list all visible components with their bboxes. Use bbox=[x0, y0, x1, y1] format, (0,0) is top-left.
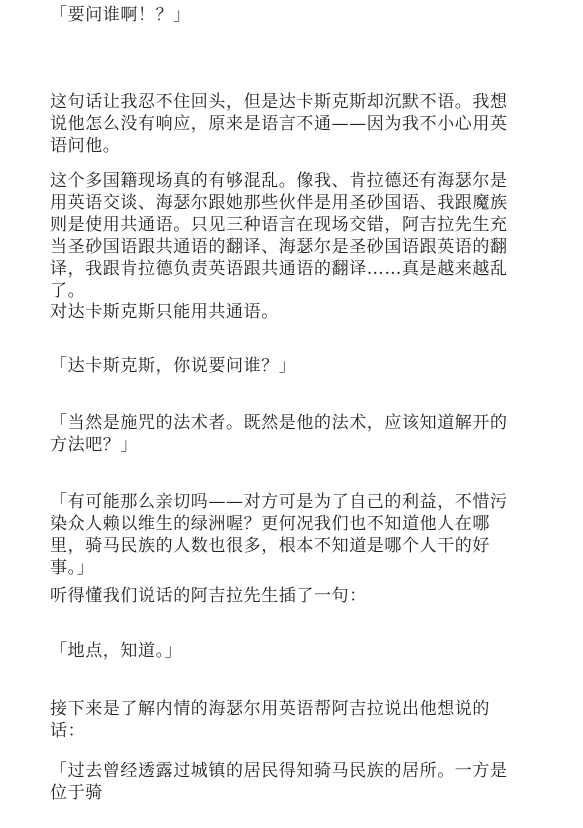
dialogue-paragraph: 「要问谁啊！？」 bbox=[50, 4, 522, 26]
narration-paragraph: 这句话让我忍不住回头，但是达卡斯克斯却沉默不语。我想说他怎么没有响应，原来是语言… bbox=[50, 91, 522, 157]
dialogue-paragraph: 「有可能那么亲切吗——对方可是为了自己的利益，不惜污染众人赖以维生的绿洲喔？更何… bbox=[50, 491, 522, 579]
narration-paragraph: 听得懂我们说话的阿吉拉先生插了一句： bbox=[50, 585, 522, 607]
dialogue-paragraph: 「当然是施咒的法术者。既然是他的法术，应该知道解开的方法吧？」 bbox=[50, 412, 522, 456]
dialogue-paragraph: 「达卡斯克斯，你说要问谁？」 bbox=[50, 355, 522, 377]
narration-paragraph: 接下来是了解内情的海瑟尔用英语帮阿吉拉说出他想说的话： bbox=[50, 698, 522, 742]
narration-paragraph: 对达卡斯克斯只能用共通语。 bbox=[50, 301, 522, 323]
narration-paragraph: 这个多国籍现场真的有够混乱。像我、肯拉德还有海瑟尔是用英语交谈、海瑟尔跟她那些伙… bbox=[50, 170, 522, 302]
dialogue-paragraph: 「地点，知道。」 bbox=[50, 640, 522, 662]
dialogue-paragraph: 「过去曾经透露过城镇的居民得知骑马民族的居所。一方是位于骑 bbox=[50, 760, 522, 804]
